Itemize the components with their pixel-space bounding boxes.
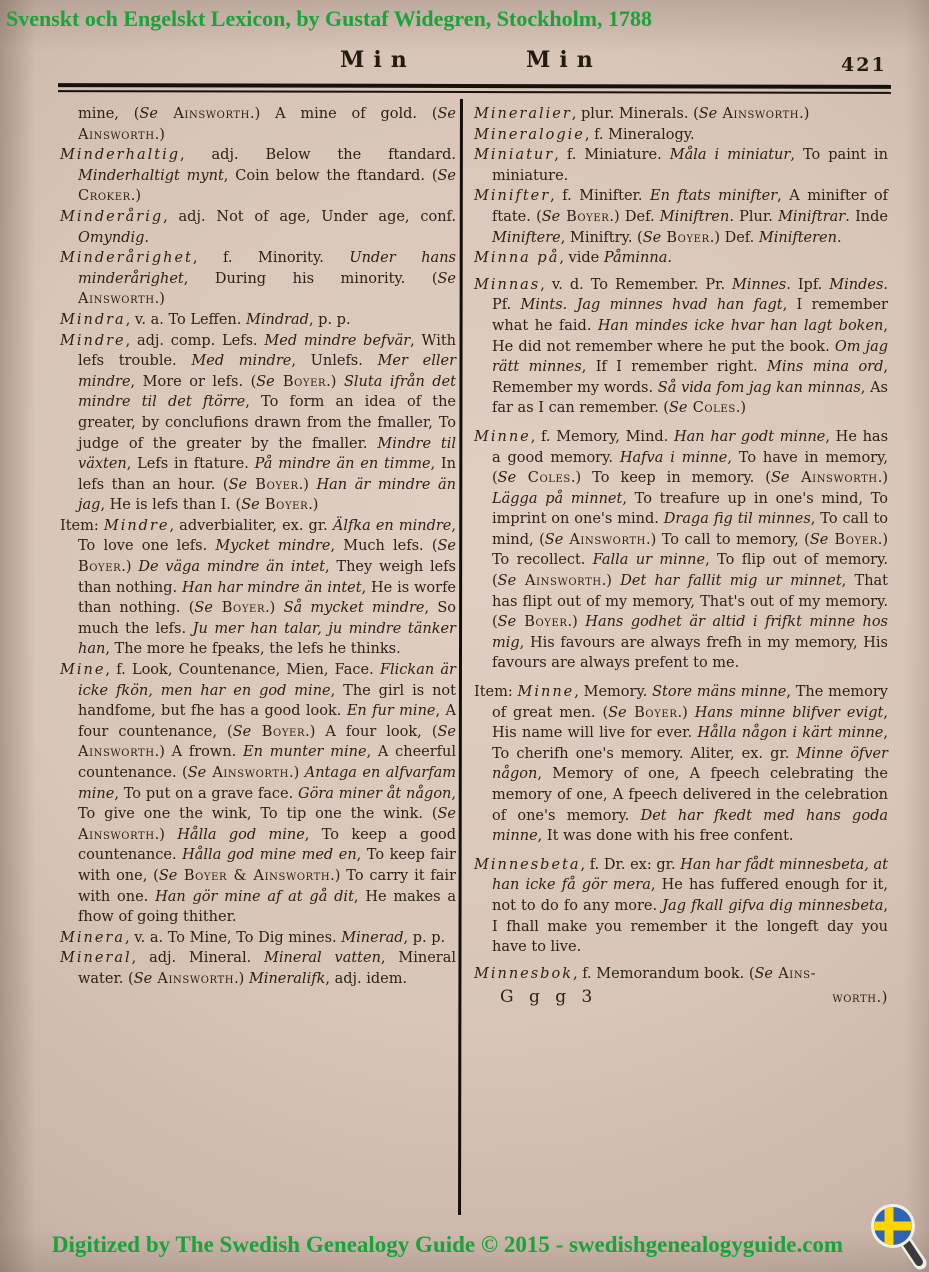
entry-text: Ainsworth [152,971,234,987]
entry-text: , More or lefs. ( [131,374,257,390]
entry-text: .) [878,470,888,486]
headword: Minna på [474,250,559,266]
dictionary-entry: Mineralogie, f. Mineralogy. [474,125,888,146]
entry-text: En fur mine [347,703,436,719]
entry-text: Minerad [341,930,403,946]
headword: Minnesbeta [474,857,581,873]
entry-text: .) [234,971,249,987]
double-rule-top [58,83,891,89]
entry-text: Se [233,724,252,740]
dictionary-entry: Mindre, adj. comp. Lefs. Med mindre befv… [60,331,456,516]
entry-text: Påminna [604,250,667,266]
entry-text: Coles [516,470,571,486]
double-rule-bottom [58,90,891,94]
entry-text: , f. Miniature. [554,147,670,163]
entry-text: Se [608,705,627,721]
entry-text: , His favours are always frefh in my mem… [492,635,888,672]
entry-text: Boyer [247,477,299,493]
entry-text: Minderhaltigt mynt [78,168,224,184]
signature-line: G g g 3worth.) [474,987,888,1009]
digitization-bottom-banner: Digitized by The Swedish Genealogy Guide… [0,1232,895,1258]
entry-text: Med mindre [191,353,291,369]
entry-text: .) Def. [710,230,759,246]
headword: Mindra [60,312,126,328]
entry-text: Ainsworth [78,744,155,760]
entry-text: Ainsworth [789,470,877,486]
entry-text: Jag fkall gifva dig minnesbeta [662,898,883,914]
entry-text: En ftats minifter [650,188,777,204]
entry-text: Mycket mindre [215,538,330,554]
entry-text: , Lefs in ftature. [127,456,255,472]
entry-text: Se [669,400,688,416]
entry-text: .) [799,106,809,122]
entry-text: . [837,230,842,246]
headword: Minderhaltig [60,147,180,163]
entry-text: , f. Minifter. [550,188,650,204]
gathering-signature: G g g 3 [500,987,597,1008]
entry-text: , f. Minority. [193,250,349,266]
headword: Minifter [474,188,550,204]
entry-text: , It was done with his free confent. [538,828,794,844]
entry-text: Han mindes icke hvar han lagt boken [598,318,884,334]
right-column: Mineralier, plur. Minerals. (Se Ainswort… [474,104,888,1009]
entry-text: Se [438,538,457,554]
entry-text: Boyer [828,532,877,548]
entry-text: , He is lefs than I. ( [100,497,241,513]
entry-text: Store mäns minne [652,684,786,700]
entry-text: Boyer [627,705,678,721]
entry-text: Se [771,470,790,486]
entry-text: .) [326,374,344,390]
entry-text: Se [437,806,456,822]
entry-text: Lägga på minnet [492,491,622,507]
headword: Mineralier [474,106,572,122]
entry-text: , vide [559,250,604,266]
entry-text: Se [437,271,456,287]
entry-text: Det har fallit mig ur minnet [620,573,841,589]
entry-text: Se [699,106,718,122]
entry-text: Mints [521,297,563,313]
entry-text: Se [498,614,517,630]
entry-text: Ains- [773,966,816,982]
entry-text: Måla i miniatur [670,147,791,163]
entry-text: .) [265,600,284,616]
entry-text: .) [131,188,141,204]
dictionary-entry: Minne, f. Memory, Mind. Han har godt min… [474,427,888,674]
entry-text: Ainsworth [158,106,250,122]
entry-text: Se [437,168,456,184]
headword: Minderårighet [60,250,193,266]
entry-text: Se [810,532,829,548]
entry-text: Mins mina ord [767,359,883,375]
left-column: mine, (Se Ainsworth.) A mine of gold. (S… [60,104,456,990]
entry-text: .) A four look, ( [305,724,437,740]
entry-text: Item: [60,518,104,534]
entry-text: Boyer [516,614,567,630]
digitization-top-banner: Svenskt och Engelskt Lexicon, by Gustaf … [6,6,652,32]
entry-text: Hålla god mine med en [182,847,357,863]
entry-text: Se [194,600,213,616]
entry-text: Ainsworth [78,127,155,143]
dictionary-entry: Mindra, v. a. To Leffen. Mindrad, p. p. [60,310,456,331]
entry-text: .) [299,477,317,493]
headword: Miniatur [474,147,554,163]
entry-text: .) [602,573,621,589]
entry-text: Ainsworth [206,765,289,781]
entry-text: Se [542,209,561,225]
headword: Minnesbok [474,966,573,982]
entry-text: Mindes [829,277,883,293]
entry-text: , During his minority. ( [184,271,438,287]
dictionary-entry: Minifter, f. Minifter. En ftats minifter… [474,186,888,248]
entry-text: , Memory. [574,684,652,700]
entry-text: Boyer [251,724,305,740]
entry-text: .) To call to memory, ( [646,532,810,548]
entry-text: Se [256,374,275,390]
entry-text: Minifteren [759,230,837,246]
entry-text: , v. a. To Mine, To Dig mines. [125,930,341,946]
entry-text: . Inde [845,209,888,225]
dictionary-entry: Miniatur, f. Miniature. Måla i miniatur,… [474,145,888,186]
entry-text: .) [155,127,165,143]
entry-text: , adj. comp. Lefs. [126,333,265,349]
entry-text: Jag minnes hvad han fagt [577,297,783,313]
page-number: 421 [841,54,887,76]
swedish-flag-magnifier-icon [856,1202,928,1272]
entry-text: Göra miner åt någon [298,786,451,802]
entry-text: , adj. Not of age, Under age, conf. [163,209,456,225]
entry-text: , To put on a grave face. [114,786,298,802]
entry-text: Boyer [560,209,609,225]
entry-text: Ainsworth [78,291,155,307]
entry-text: Han har godt minne [674,429,825,445]
entry-text: , p. p. [309,312,351,328]
entry-text: , Miniftry. ( [561,230,643,246]
entry-text: Se [437,106,456,122]
entry-text: , adj. Below the ftandard. [180,147,456,163]
headword: Mindre [104,518,170,534]
entry-text: Boyer [275,374,326,390]
entry-text: , adj. idem. [325,971,407,987]
entry-text: Hålla någon i kärt minne [697,725,883,741]
entry-text: Så mycket mindre [284,600,425,616]
entry-text: Mineral vatten [264,950,381,966]
entry-text: På mindre än en timme [255,456,431,472]
entry-text: Se [241,497,260,513]
entry-text: , adverbialiter, ex. gr. [169,518,332,534]
entry-text: , f. Mineralogy. [585,127,695,143]
entry-text: Falla ur minne [593,552,705,568]
entry-text: Croker [78,188,131,204]
entry-text: , Coin below the ftandard. ( [224,168,438,184]
dictionary-entry: Minnesbeta, f. Dr. ex: gr. Han har fådt … [474,855,888,958]
entry-text: Boyer [213,600,265,616]
entry-text: .) [308,497,318,513]
dictionary-entry: Mine, f. Look, Countenance, Mien, Face. … [60,660,456,928]
entry-text: Mineralifk [249,971,325,987]
entry-text: Coles [687,400,735,416]
dictionary-entry: Mineralier, plur. Minerals. (Se Ainswort… [474,104,888,125]
entry-text: . [144,230,149,246]
entry-text: . [563,297,577,313]
entry-text: Mindrad [246,312,309,328]
entry-text: . Ipf. [786,277,829,293]
entry-text: Hafva i minne [620,450,727,466]
entry-text: Miniftere [492,230,561,246]
entry-text: Boyer [260,497,309,513]
dictionary-entry: mine, (Se Ainsworth.) A mine of gold. (S… [60,104,456,145]
entry-text: Boyer [78,559,121,575]
headword: Minderårig [60,209,163,225]
running-head-left: Min [340,47,416,73]
entry-text: , The more he fpeaks, the lefs he thinks… [105,641,400,657]
running-head-right: Min [526,47,602,73]
dictionary-entry: Item: Mindre, adverbialiter, ex. gr. Älf… [60,516,456,660]
entry-text: .) [677,705,694,721]
entry-text: Miniftren [660,209,730,225]
dictionary-entry: Item: Minne, Memory. Store mäns minne, T… [474,682,888,847]
entry-text: , Unlefs. [291,353,377,369]
dictionary-entry: Minderårig, adj. Not of age, Under age, … [60,207,456,248]
dictionary-entry: Minderårighet, f. Minority. Under hans m… [60,248,456,310]
headword: Minne [474,429,531,445]
dictionary-entry: Minna på, vide Påminna. [474,248,888,269]
entry-text: Ainsworth [717,106,799,122]
entry-text: Omyndig [78,230,144,246]
headword: Minne [518,684,575,700]
entry-text: Se [545,532,564,548]
entry-text: Miniftrar [778,209,845,225]
entry-text: Hans minne blifver evigt [695,705,884,721]
entry-text: .) [736,400,746,416]
headword: Minera [60,930,125,946]
entry-text: Han gör mine af at gå dit [155,889,354,905]
entry-text: En munter mine [243,744,367,760]
entry-text: , Much lefs. ( [330,538,437,554]
entry-text: Item: [474,684,518,700]
entry-text: Minnes [732,277,786,293]
headword: Mineralogie [474,127,585,143]
entry-text: .) [289,765,305,781]
entry-text: .) [155,827,178,843]
entry-text: .) [121,559,138,575]
entry-text: .) [155,291,165,307]
entry-text: , plur. Minerals. ( [572,106,699,122]
entry-text: Se [159,868,178,884]
dictionary-entry: Minnesbok, f. Memorandum book. (Se Ains- [474,964,888,985]
entry-text: mine, ( [78,106,139,122]
entry-text: , f. Look, Countenance, Mien, Face. [105,662,380,678]
entry-text: Hålla god mine [177,827,305,843]
entry-text: Se [498,470,517,486]
entry-text: . Plur. [729,209,778,225]
scanned-dictionary-page: Svenskt och Engelskt Lexicon, by Gustaf … [0,0,929,1272]
dictionary-entry: Minnas, v. d. To Remember. Pr. Minnes. I… [474,275,888,419]
entry-text: , f. Memorandum book. ( [573,966,755,982]
entry-text: Med mindre befvär [264,333,410,349]
entry-text: Se [139,106,158,122]
entry-text: .) A frown. [155,744,243,760]
dictionary-entry: Minderhaltig, adj. Below the ftandard. M… [60,145,456,207]
entry-text: Se [229,477,248,493]
entry-text: .) Def. [609,209,659,225]
entry-text: , v. a. To Leffen. [126,312,246,328]
hyphen-carryover: worth.) [832,988,888,1009]
entry-text: Se [498,573,517,589]
entry-text: , If I remember right. [582,359,767,375]
entry-text: Ainsworth [516,573,602,589]
column-divider-rule [458,99,463,1215]
entry-text: Se [188,765,207,781]
dictionary-entry: Minera, v. a. To Mine, To Dig mines. Min… [60,928,456,949]
entry-text: Ainsworth [563,532,646,548]
entry-text: , f. Dr. ex: gr. [581,857,681,873]
dictionary-entry: Mineral, adj. Mineral. Mineral vatten, M… [60,948,456,989]
entry-text: Så vida fom jag kan minnas [658,380,861,396]
entry-text: Boyer [661,230,710,246]
entry-text: Älfka en mindre [333,518,452,534]
entry-text: Draga fig til minnes [664,511,811,527]
entry-text: .) A mine of gold. ( [250,106,437,122]
entry-text: .) To keep in memory. ( [571,470,771,486]
headword: Mineral [60,950,132,966]
entry-text: .) [568,614,586,630]
entry-text: Se [643,230,662,246]
entry-text: De väga mindre än intet [138,559,325,575]
entry-text: , adj. Mineral. [132,950,264,966]
entry-text: Se [134,971,153,987]
entry-text: Se [437,724,456,740]
entry-text: Ainsworth [78,827,155,843]
entry-text: , v. d. To Remember. Pr. [540,277,732,293]
headword: Minnas [474,277,540,293]
entry-text: Han har mindre än intet [182,580,362,596]
entry-text: , p. p. [404,930,446,946]
headword: Mindre [60,333,126,349]
entry-text: , f. Memory, Mind. [531,429,674,445]
entry-text: Se [754,966,773,982]
entry-text: . [667,250,672,266]
headword: Mine [60,662,105,678]
entry-text: Boyer & Ainsworth [177,868,330,884]
